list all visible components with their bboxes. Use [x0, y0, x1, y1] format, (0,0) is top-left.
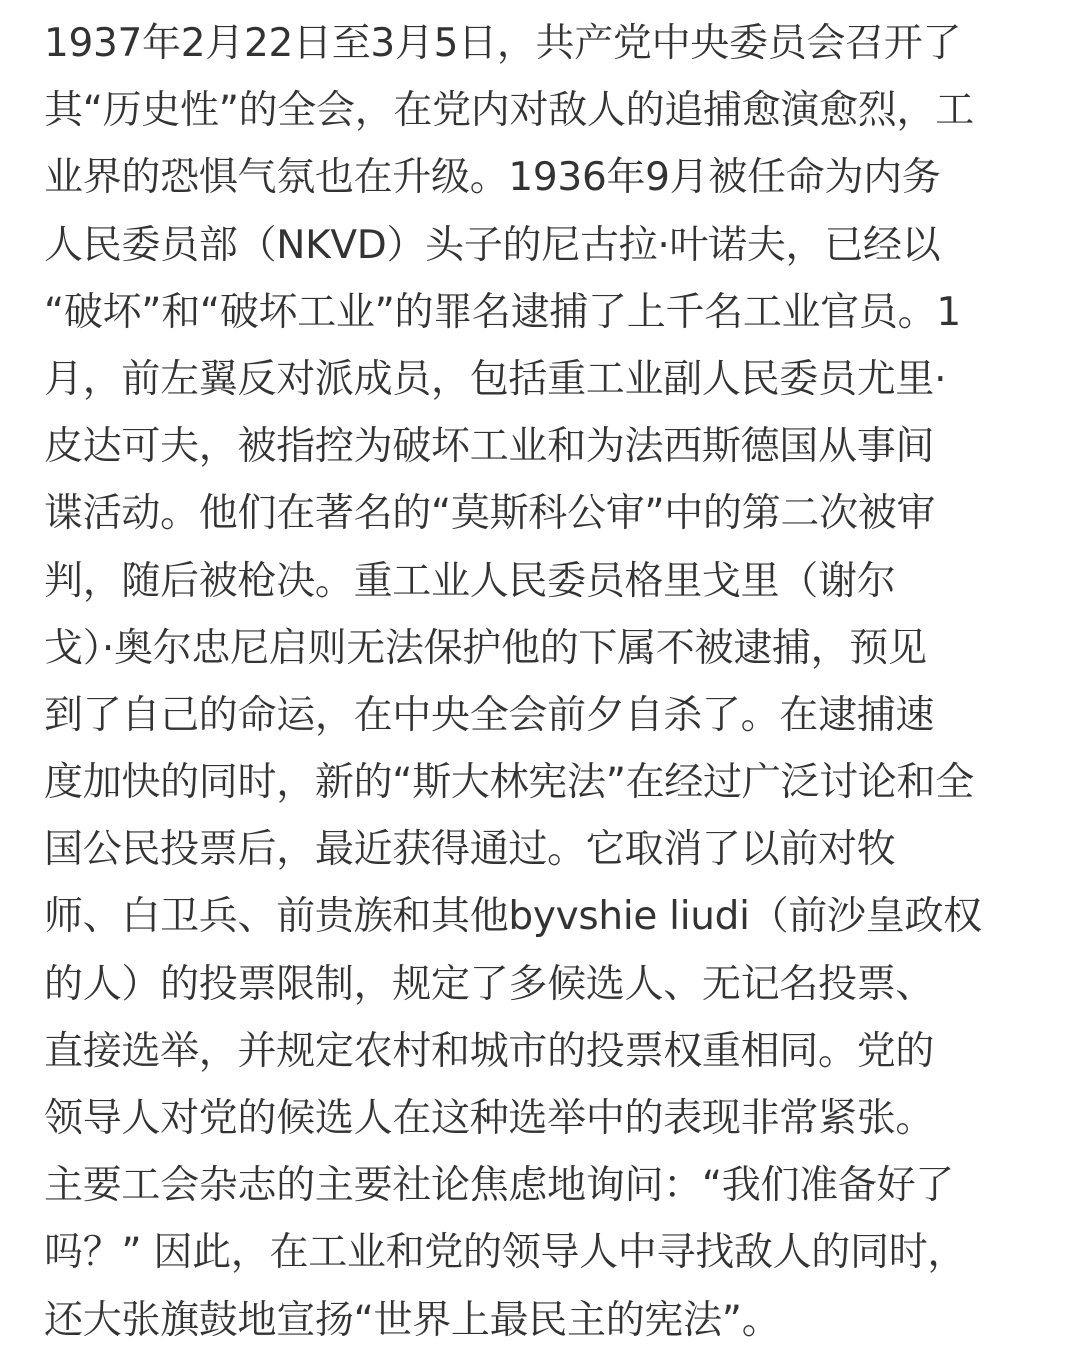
text-line: 业界的恐惧气氛也在升级。1936年9月被任命为内务: [44, 144, 1080, 211]
text-line: 人民委员部（NKVD）头子的尼古拉·叶诺夫，已经以: [44, 212, 1080, 279]
text-line: “破坏”和“破坏工业”的罪名逮捕了上千名工业官员。1: [44, 279, 1080, 346]
article-body: 1937年2月22日至3月5日，共产党中央委员会召开了 其“历史性”的全会，在党…: [0, 0, 1080, 1346]
text-line: 主要工会杂志的主要社论焦虑地询问：“我们准备好了: [44, 1152, 1080, 1219]
text-line: 师、白卫兵、前贵族和其他byvshie liudi（前沙皇政权: [44, 883, 1080, 950]
text-line: 到了自己的命运，在中央全会前夕自杀了。在逮捕速: [44, 682, 1080, 749]
text-line: 还大张旗鼓地宣扬“世界上最民主的宪法”。: [44, 1287, 1080, 1346]
text-line: 度加快的同时，新的“斯大林宪法”在经过广泛讨论和全: [44, 749, 1080, 816]
text-line: 判，随后被枪决。重工业人民委员格里戈里（谢尔: [44, 548, 1080, 615]
text-line: 戈）·奥尔忠尼启则无法保护他的下属不被逮捕，预见: [44, 615, 1080, 682]
text-line: 月，前左翼反对派成员，包括重工业副人民委员尤里·: [44, 346, 1080, 413]
text-line: 的人）的投票限制，规定了多候选人、无记名投票、: [44, 951, 1080, 1018]
text-line: 国公民投票后，最近获得通过。它取消了以前对牧: [44, 816, 1080, 883]
text-line: 谍活动。他们在著名的“莫斯科公审”中的第二次被审: [44, 480, 1080, 547]
text-line: 1937年2月22日至3月5日，共产党中央委员会召开了: [44, 10, 1080, 77]
text-line: 其“历史性”的全会，在党内对敌人的追捕愈演愈烈，工: [44, 77, 1080, 144]
text-line: 吗？” 因此，在工业和党的领导人中寻找敌人的同时，: [44, 1219, 1080, 1286]
text-line: 直接选举，并规定农村和城市的投票权重相同。党的: [44, 1018, 1080, 1085]
text-line: 领导人对党的候选人在这种选举中的表现非常紧张。: [44, 1085, 1080, 1152]
text-line: 皮达可夫，被指控为破坏工业和为法西斯德国从事间: [44, 413, 1080, 480]
